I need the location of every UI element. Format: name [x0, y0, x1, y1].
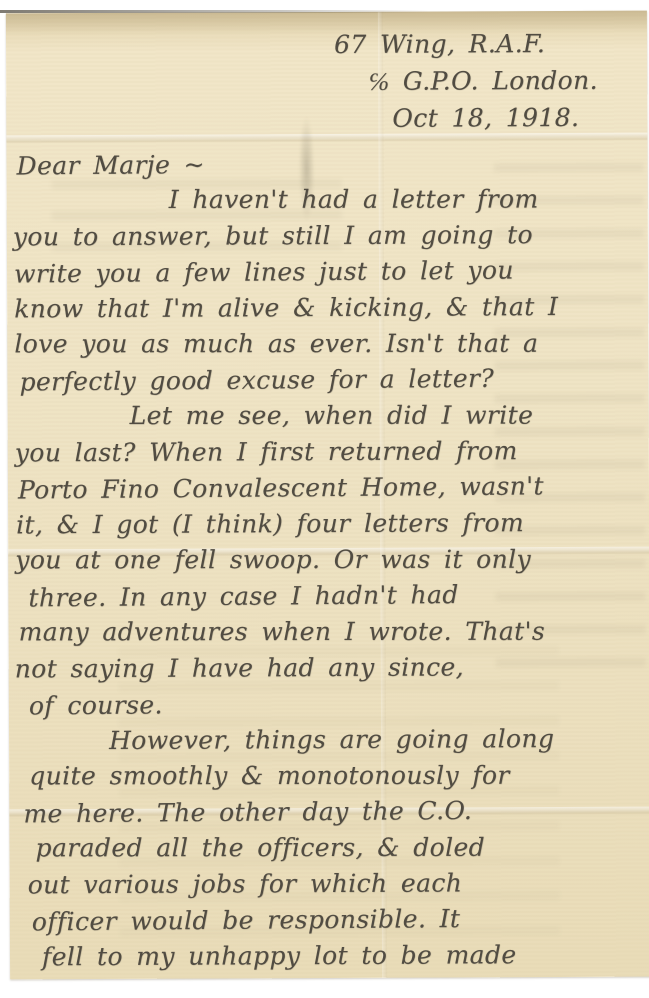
- letter-line: out various jobs for which each: [28, 865, 649, 904]
- letter-line: three. In any case I hadn't had: [28, 576, 647, 617]
- salutation: Dear Marje ~: [16, 144, 645, 185]
- header-care-of-line: ℅ G.P.O. London.: [368, 62, 598, 100]
- letter-line: I haven't had a letter from: [169, 181, 646, 218]
- letter-line: love you as much as ever. Isn't that a: [14, 326, 646, 363]
- letter-line: write you a few lines just to let you: [14, 252, 646, 293]
- letter-line: Let me see, when did I write: [130, 397, 647, 434]
- letter-body: Dear Marje ~ I haven't had a letter from…: [10, 145, 649, 976]
- scanner-edge-shadow: [0, 10, 430, 13]
- letter-line: perfectly good excuse for a letter?: [19, 360, 646, 401]
- letter-line: fell to my unhappy lot to be made: [42, 937, 649, 976]
- header-date-line: Oct 18, 1918.: [392, 99, 598, 137]
- letter-header: 67 Wing, R.A.F. ℅ G.P.O. London. Oct 18,…: [334, 25, 598, 137]
- letter-line: quite smoothly & monotonously for: [29, 758, 648, 795]
- letter-paper: 67 Wing, R.A.F. ℅ G.P.O. London. Oct 18,…: [6, 11, 649, 980]
- letter-line: it, & I got (I think) four letters from: [16, 505, 647, 544]
- letter-line: you at one fell swoop. Or was it only: [15, 542, 647, 579]
- letter-line: Porto Fino Convalescent Home, wasn't: [18, 468, 647, 509]
- letter-line: However, things are going along: [109, 721, 648, 759]
- letter-line: not saying I have had any since,: [15, 649, 648, 688]
- header-unit-line: 67 Wing, R.A.F.: [334, 25, 598, 63]
- scan-background: 67 Wing, R.A.F. ℅ G.P.O. London. Oct 18,…: [0, 0, 649, 998]
- letter-line: you to answer, but still I am going to: [13, 217, 646, 256]
- letter-line: you last? When I first returned from: [15, 433, 647, 472]
- letter-line: paraded all the officers, & doled: [36, 830, 649, 867]
- letter-line: know that I'm alive & kicking, & that I: [14, 289, 646, 328]
- letter-line: officer would be responsible. It: [32, 900, 649, 941]
- letter-line: many adventures when I wrote. That's: [19, 614, 648, 651]
- letter-line: me here. The other day the C.O.: [23, 792, 648, 833]
- letter-line: of course.: [29, 684, 648, 725]
